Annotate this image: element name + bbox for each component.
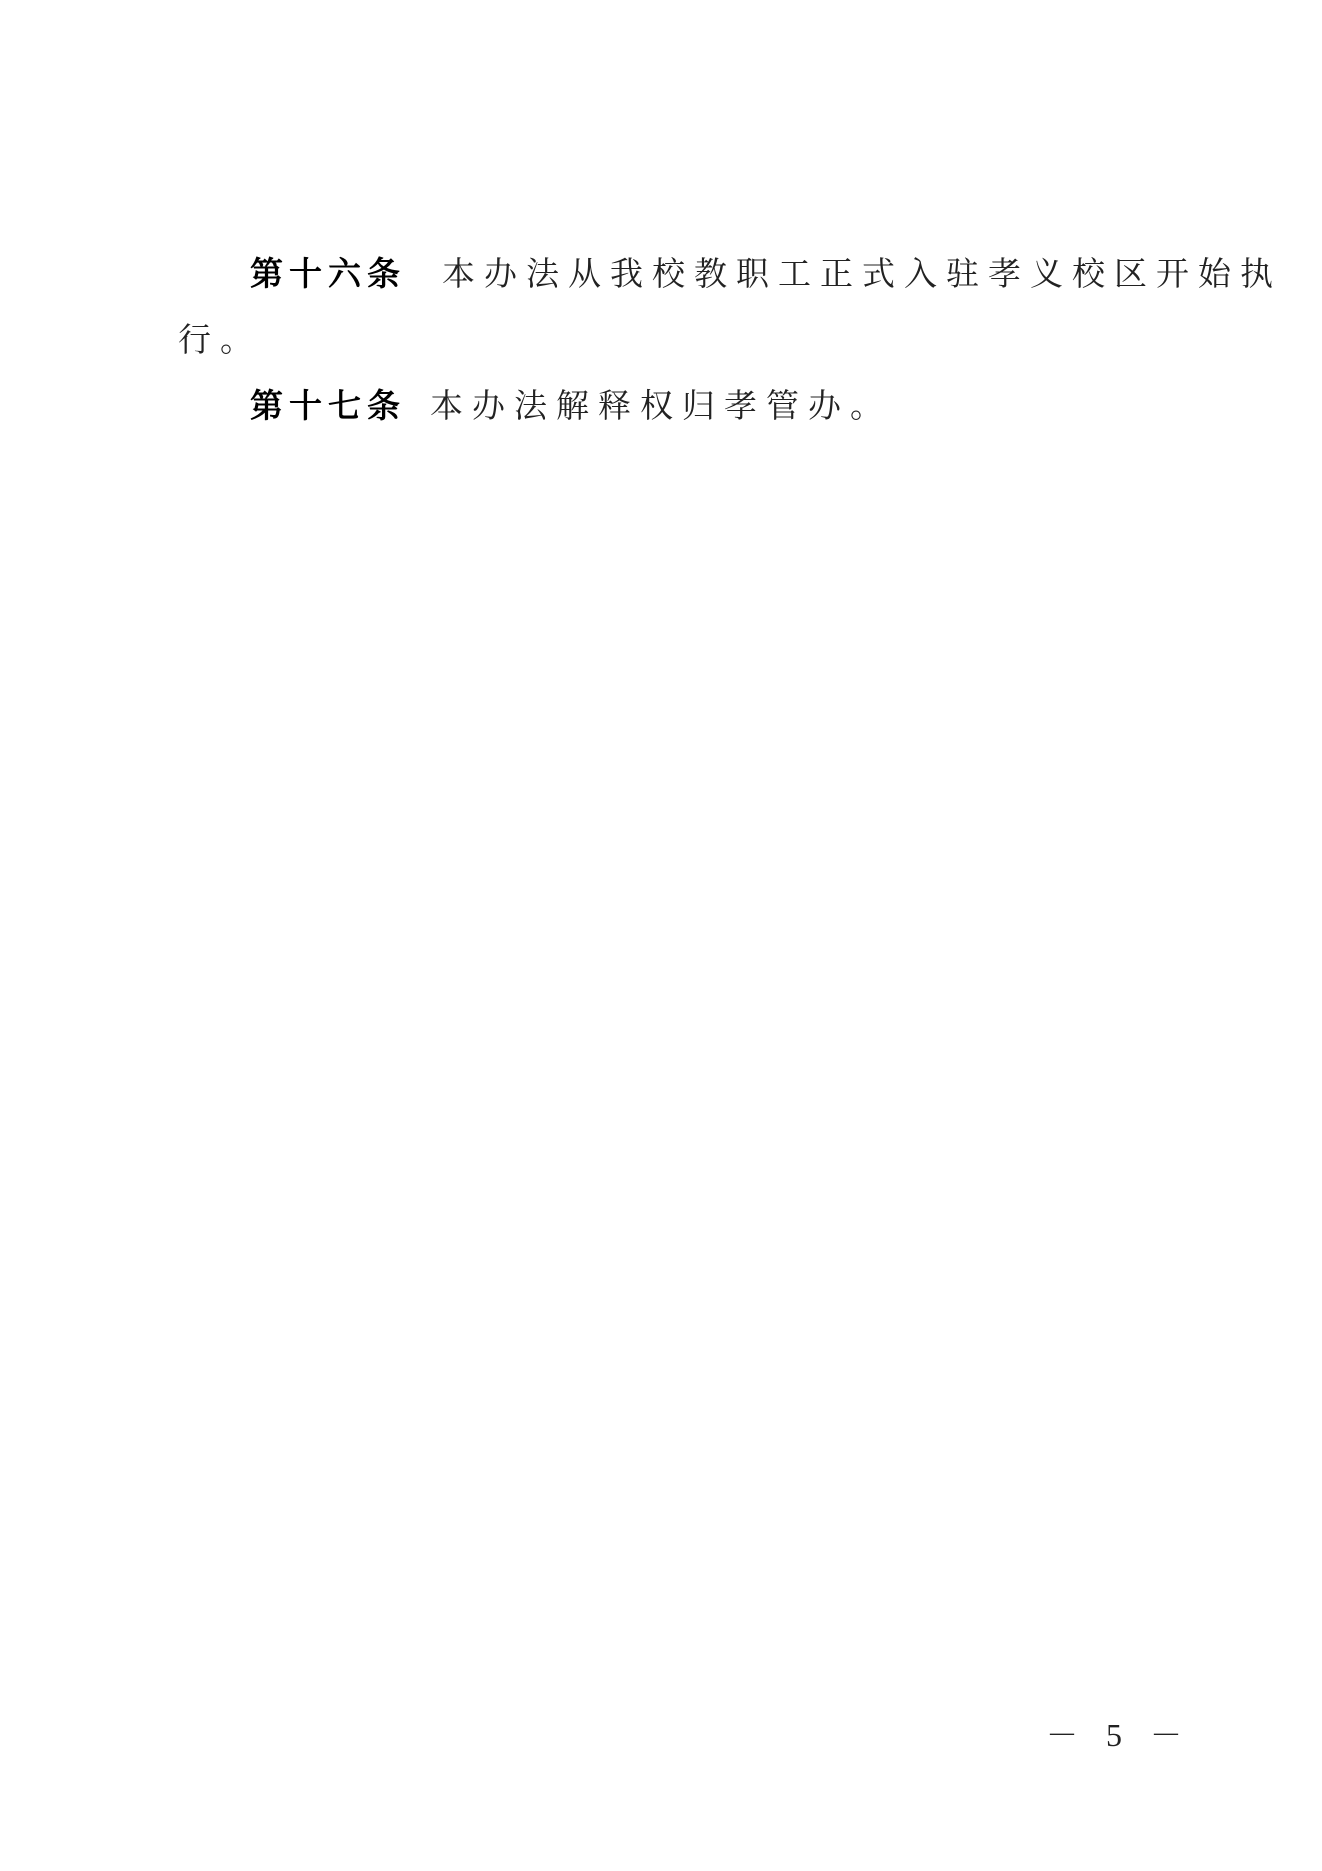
document-page: 第十六条本办法从我校教职工正式入驻孝义校区开始执 行。 第十七条本办法解释权归孝… bbox=[0, 0, 1322, 1871]
article-16-line-1: 第十六条本办法从我校教职工正式入驻孝义校区开始执 bbox=[250, 252, 1282, 296]
article-16-heading: 第十六条 bbox=[250, 254, 406, 293]
article-16-text-continued: 行。 bbox=[178, 320, 262, 359]
article-17-heading: 第十七条 bbox=[250, 386, 406, 425]
article-17-line-1: 第十七条本办法解释权归孝管办。 bbox=[250, 384, 892, 428]
page-number: － 5 － bbox=[1046, 1710, 1192, 1756]
article-16-text: 本办法从我校教职工正式入驻孝义校区开始执 bbox=[442, 254, 1282, 293]
article-17-text: 本办法解释权归孝管办。 bbox=[430, 386, 892, 425]
article-16-line-2: 行。 bbox=[178, 318, 262, 362]
